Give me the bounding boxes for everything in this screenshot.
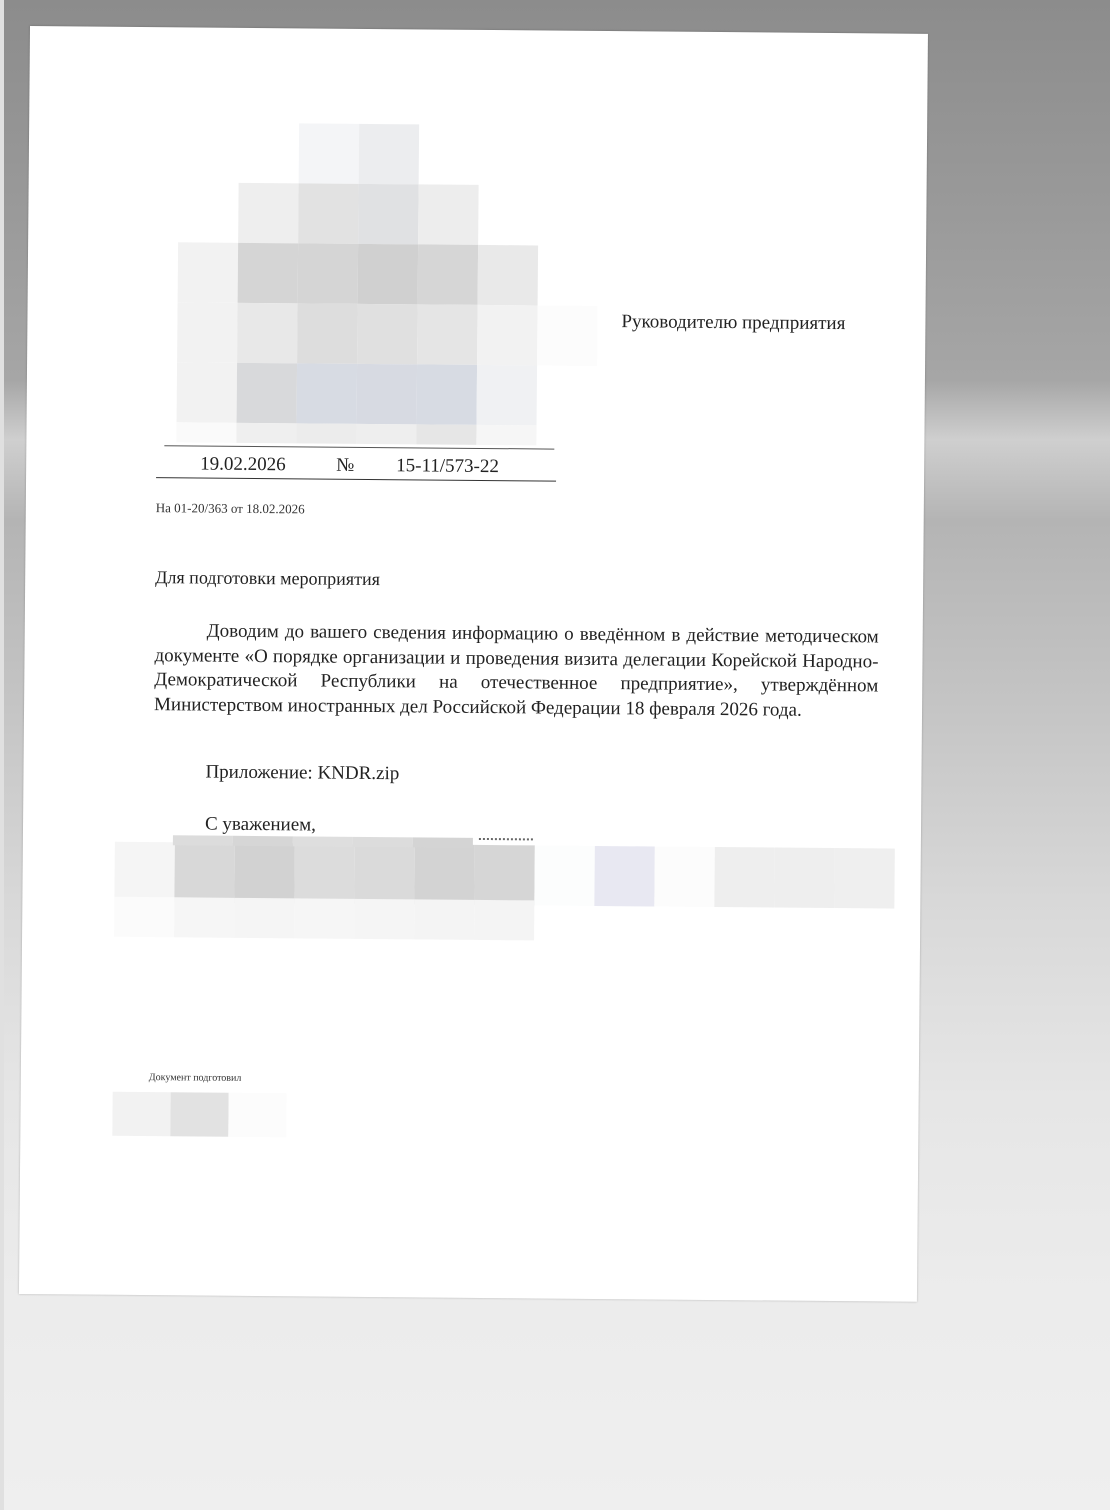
redaction-pixel: [537, 305, 598, 366]
redaction-pixel: [417, 304, 478, 365]
redaction-pixel: [237, 303, 298, 364]
registration-date: 19.02.2026: [200, 454, 286, 477]
redaction-pixel: [417, 364, 478, 425]
redaction-pixel: [234, 843, 295, 904]
redaction-pixel: [418, 184, 479, 245]
redaction-pixel: [478, 245, 539, 306]
redaction-pixel: [654, 846, 715, 907]
redaction-pixel: [170, 1092, 228, 1137]
redaction-pixel: [174, 842, 235, 903]
redaction-pixel: [114, 897, 174, 938]
redaction-pixel: [297, 363, 358, 424]
redaction-pixel: [353, 837, 413, 848]
redaction-pixel: [714, 847, 775, 908]
letter-page: Руководителю предприятия 19.02.2026 № 15…: [19, 26, 928, 1302]
redaction-pixel: [474, 845, 535, 906]
redaction-pixel: [414, 899, 474, 940]
attachment-line: Приложение: KNDR.zip: [205, 762, 399, 786]
redaction-pixel: [112, 1092, 170, 1137]
redacted-preparer-name: [30, 26, 928, 34]
redaction-pixel: [357, 364, 418, 425]
redaction-pixel: [298, 243, 359, 304]
reply-reference: На 01-20/363 от 18.02.2026: [156, 500, 305, 517]
redaction-pixel: [354, 844, 415, 905]
redaction-pixel: [293, 836, 353, 847]
redaction-pixel: [477, 365, 538, 426]
redaction-pixel: [294, 843, 355, 904]
redaction-pixel: [354, 899, 414, 940]
redaction-pixel: [228, 1093, 286, 1138]
redaction-pixel: [774, 848, 835, 909]
redaction-pixel: [296, 423, 356, 444]
redaction-pixel: [416, 424, 476, 445]
redaction-pixel: [178, 242, 239, 303]
redaction-pixel: [418, 244, 479, 305]
redaction-pixel: [834, 848, 895, 909]
redaction-pixel: [177, 362, 238, 423]
signature-dotted-fragment: [479, 838, 533, 843]
redaction-pixel: [238, 243, 299, 304]
redaction-pixel: [173, 835, 233, 846]
scan-edge: [0, 0, 4, 1510]
redaction-pixel: [294, 898, 354, 939]
registration-top-line: [164, 445, 554, 449]
prepared-by-label: Документ подготовил: [149, 1072, 242, 1084]
redaction-pixel: [358, 244, 419, 305]
redaction-pixel: [297, 303, 358, 364]
redaction-pixel: [357, 304, 418, 365]
redaction-pixel: [176, 422, 236, 443]
redaction-pixel: [236, 423, 296, 444]
redaction-pixel: [414, 844, 475, 905]
redaction-pixel: [114, 842, 175, 903]
redaction-pixel: [594, 846, 655, 907]
redaction-pixel: [477, 305, 538, 366]
redaction-pixel: [359, 124, 420, 185]
redaction-pixel: [237, 363, 298, 424]
number-sign: №: [336, 455, 354, 477]
registration-number: 15-11/573-22: [396, 455, 499, 478]
redaction-pixel: [356, 424, 416, 445]
redaction-pixel: [298, 183, 359, 244]
redacted-letterhead: [30, 26, 928, 34]
redaction-pixel: [238, 183, 299, 244]
redaction-pixel: [177, 302, 238, 363]
redaction-pixel: [234, 898, 294, 939]
addressee: Руководителю предприятия: [621, 311, 845, 335]
redaction-pixel: [476, 425, 536, 446]
redacted-signature-block: [30, 26, 928, 34]
redaction-pixel: [174, 897, 234, 938]
registration-row: 19.02.2026 № 15-11/573-22: [156, 451, 556, 481]
body-paragraph: Доводим до вашего сведения информацию о …: [154, 619, 879, 723]
closing-line: С уважением,: [205, 814, 316, 837]
redaction-pixel: [474, 900, 534, 941]
redaction-pixel: [299, 123, 360, 184]
redaction-pixel: [358, 184, 419, 245]
redaction-pixel: [413, 837, 473, 848]
subject-line: Для подготовки мероприятия: [155, 567, 380, 590]
redaction-pixel: [233, 836, 293, 847]
redaction-pixel: [534, 845, 595, 906]
